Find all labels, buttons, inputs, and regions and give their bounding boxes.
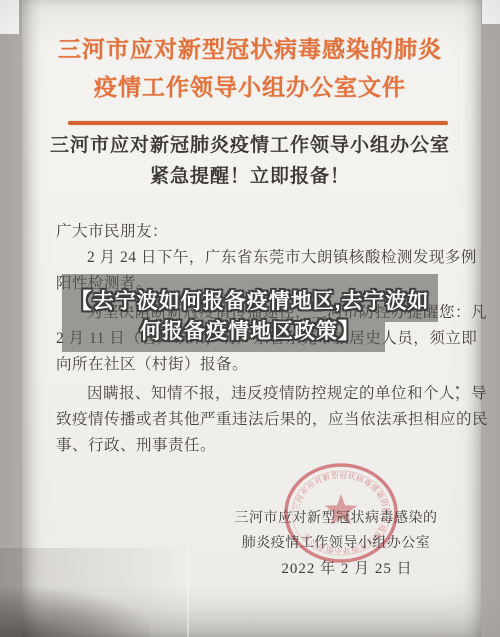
letterhead-line-2: 疫情工作领导小组办公室文件 [40,68,460,106]
overlay-caption-line-1: 【去宁波如何报备疫情地区,去宁波如 [0,287,500,317]
letterhead-line-1: 三河市应对新型冠状病毒感染的肺炎 [40,30,460,68]
signature-date: 2022 年 2 月 25 日 [225,556,447,583]
document-photo: 三河市应对新型冠状病毒感染的肺炎 疫情工作领导小组办公室文件 三河市应对新冠肺炎… [0,0,500,637]
notice-title-line-1: 三河市应对新冠肺炎疫情工作领导小组办公室 [40,130,460,161]
corner-shadow [0,588,150,637]
notice-title: 三河市应对新冠肺炎疫情工作领导小组办公室 紧急提醒！立即报备！ [40,130,460,192]
letterhead-divider [68,121,448,125]
body-line: 致疫情传播或者其他严重违法后果的，应当依法承担相应的民 [56,407,450,433]
body-greeting: 广大市民朋友： [56,219,450,245]
notice-title-line-2: 紧急提醒！立即报备！ [40,161,460,192]
signature-block: 三河市应对新型冠状病毒感染的 肺炎疫情工作领导小组办公室 2022 年 2 月 … [225,506,447,583]
letterhead-title: 三河市应对新型冠状病毒感染的肺炎 疫情工作领导小组办公室文件 [40,30,460,106]
ink-speck [456,386,459,389]
overlay-caption-line-2: 何报备疫情地区政策】 [0,317,500,347]
body-line: 因瞒报、知情不报，违反疫情防控规定的单位和个人，导 [56,381,450,407]
signature-org-line-2: 肺炎疫情工作领导小组办公室 [225,531,447,556]
photo-corner-top-right [482,0,500,24]
paper-crease [187,546,189,637]
body-line: 事、行政、刑事责任。 [56,433,450,459]
body-line: 向所在社区（村街）报备。 [56,352,450,378]
signature-org-line-1: 三河市应对新型冠状病毒感染的 [225,506,447,531]
photo-corner-top-left [0,0,19,34]
body-line: 2 月 24 日下午，广东省东莞市大朗镇核酸检测发现多例 [56,245,450,271]
overlay-caption: 【去宁波如何报备疫情地区,去宁波如 何报备疫情地区政策】 [0,287,500,347]
